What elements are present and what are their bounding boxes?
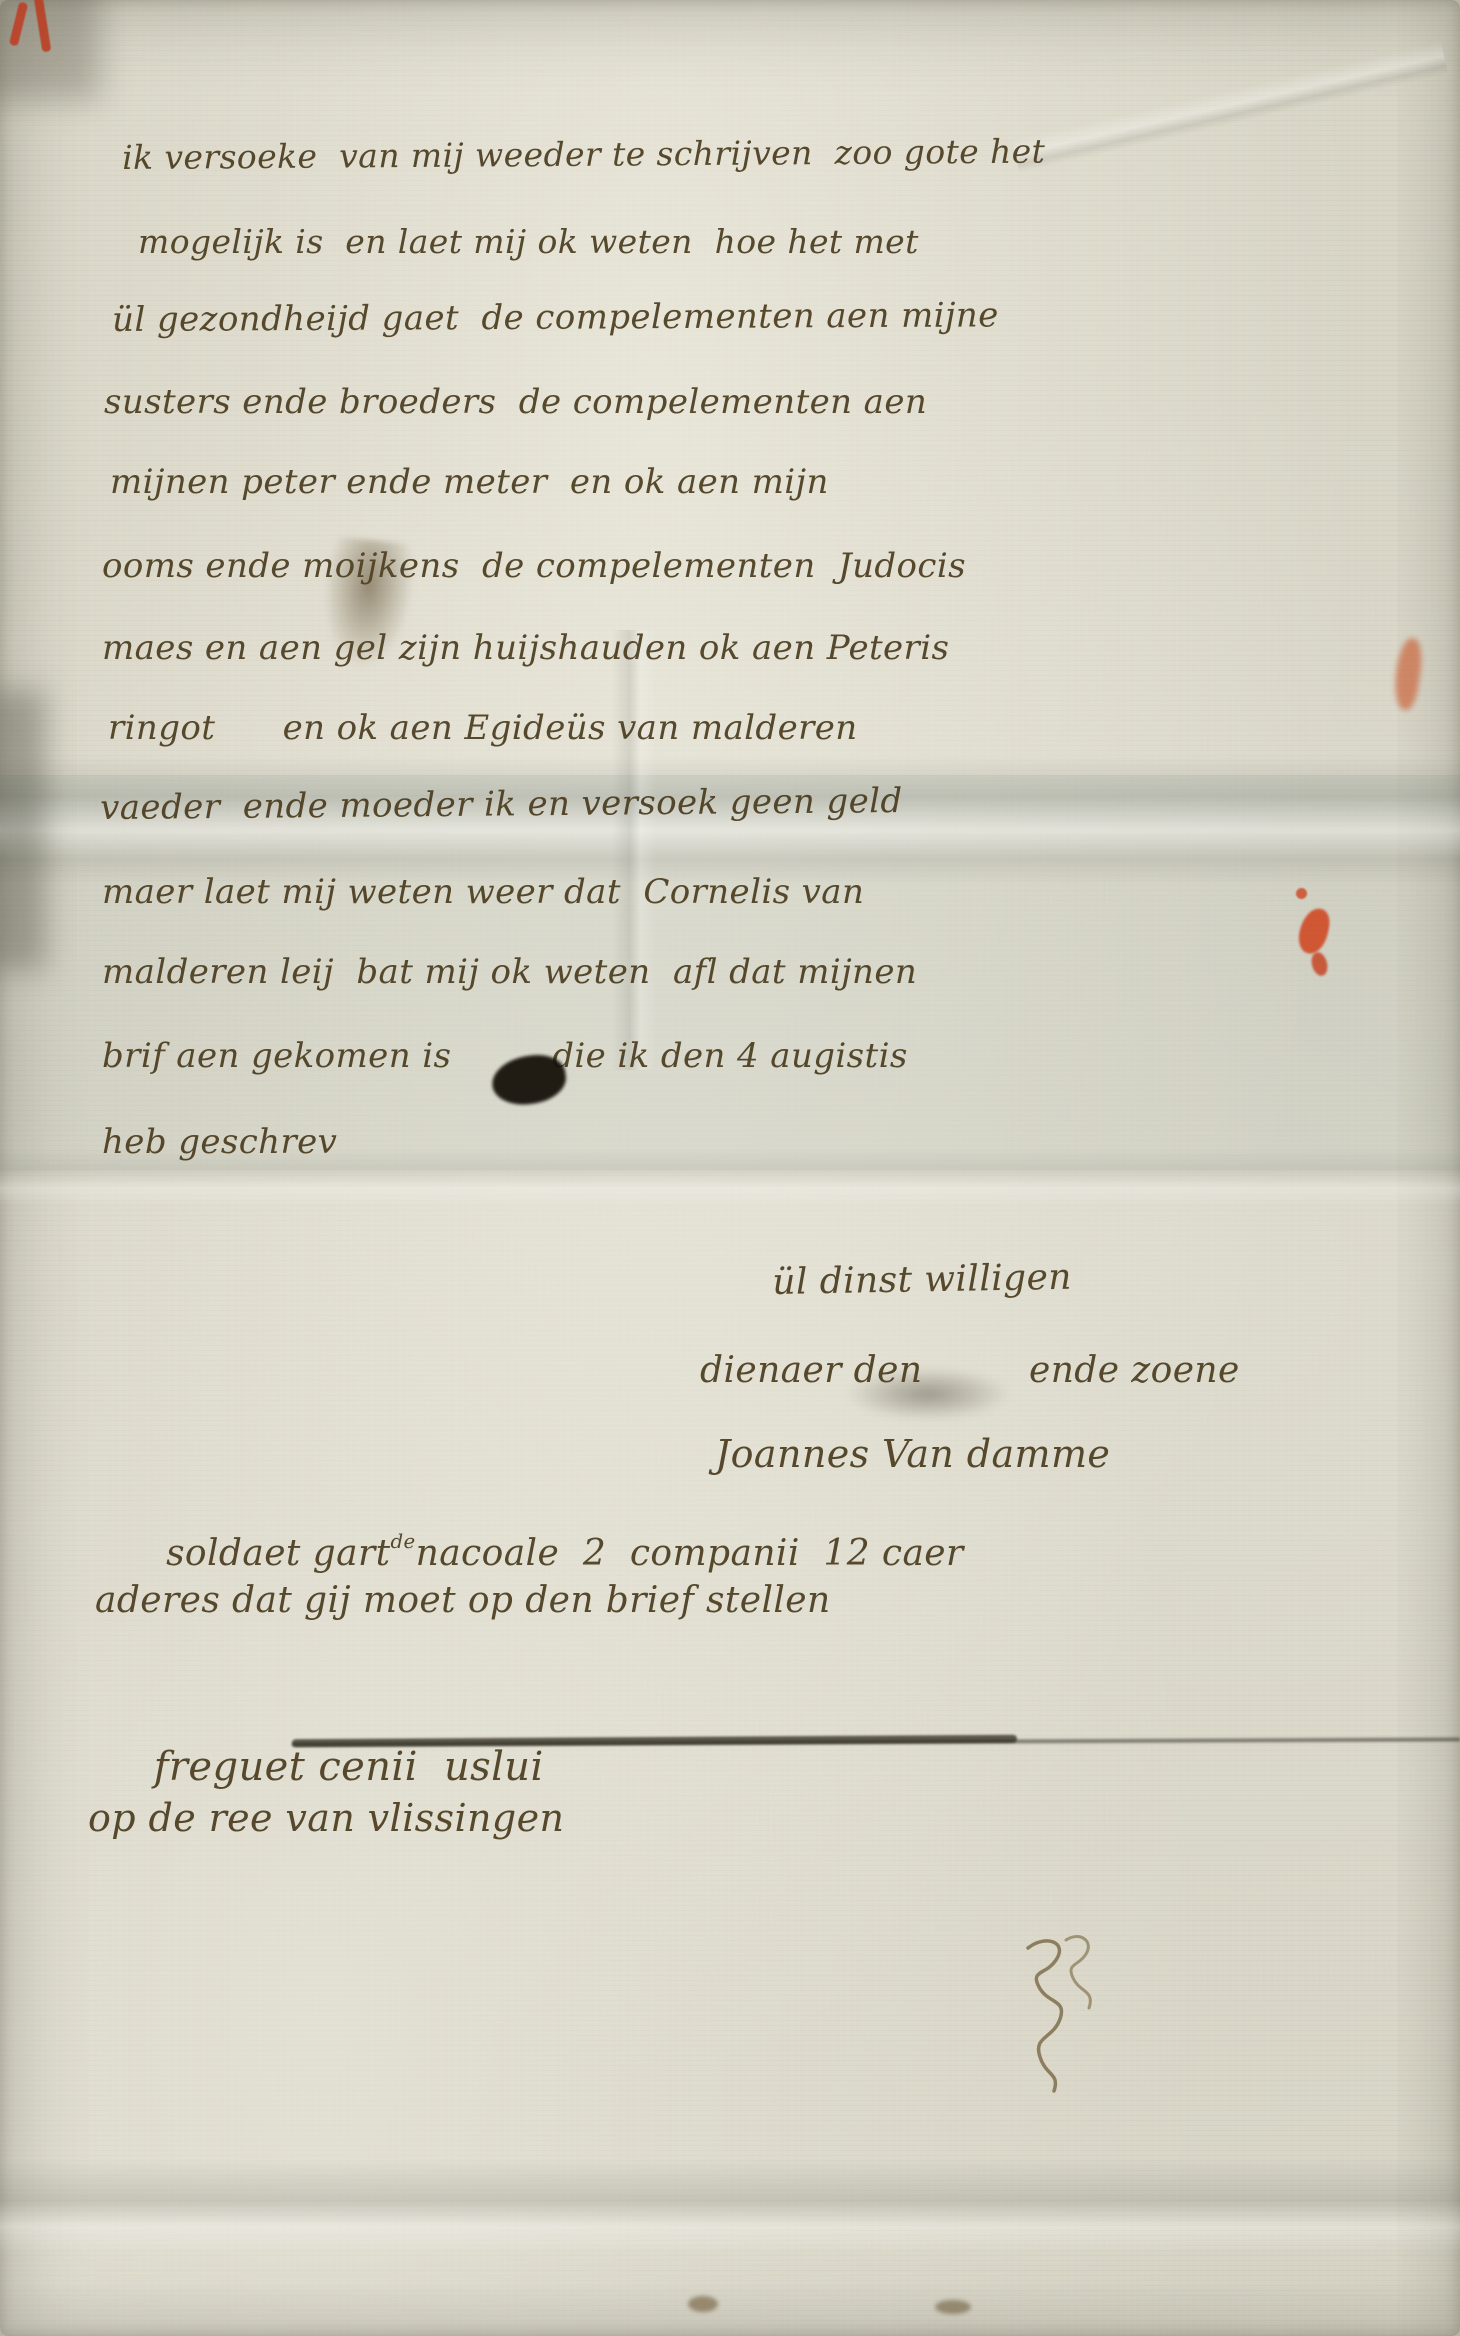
red-wax-trace (1309, 950, 1330, 977)
signature: Joannes Van damme (715, 1432, 1110, 1476)
letter-line: malderen leij bat mij ok weten afl dat m… (102, 952, 917, 992)
soldier-line-part1: soldaet gart (166, 1533, 390, 1574)
paper-sheet: ik versoeke van mij weeder te schrijven … (0, 0, 1460, 2336)
horizontal-fold-crease (0, 2158, 1460, 2253)
ink-spot (688, 2296, 718, 2312)
paper-edge-shadow (0, 690, 46, 970)
closing-line: ül dinst willigen (772, 1257, 1072, 1303)
ship-line-struck-words: cenii uslui (318, 1744, 543, 1790)
soldier-line-part2: nacoale 2 companii 12 caer (416, 1533, 964, 1574)
address-note-line: aderes dat gij moet op den brief stellen (95, 1580, 831, 1621)
diagonal-fold-crease (1012, 41, 1448, 173)
letter-line: mijnen peter ende meter en ok aen mijn (110, 462, 829, 502)
letter-line: maes en aen gel zijn huijshauden ok aen … (102, 628, 949, 668)
letter-line: ik versoeke van mij weeder te schrijven … (122, 132, 1045, 177)
ship-line-prefix: freguet (154, 1744, 319, 1790)
letter-line: heb geschrev (102, 1122, 337, 1162)
letter-line: mogelijk is en laet mij ok weten hoe het… (138, 222, 919, 261)
letter-line: maer laet mij weten weer dat Cornelis va… (102, 872, 864, 912)
letter-line: vaeder ende moeder ik en versoek geen ge… (100, 781, 903, 828)
red-wax-trace (1296, 906, 1333, 957)
vertical-fold-crease (612, 630, 656, 1070)
letter-line: brif aen gekomen is die ik den 4 augisti… (102, 1036, 908, 1076)
letter-line: ooms ende moijkens de compelementen Judo… (102, 546, 966, 586)
letter-photo: ik versoeke van mij weeder te schrijven … (0, 0, 1460, 2336)
red-wax-trace (1296, 888, 1307, 899)
red-ink-smear (1391, 637, 1425, 712)
ink-spot (935, 2300, 971, 2314)
ink-flourish (970, 1930, 1100, 2130)
letter-line: ringot en ok aen Egideüs van malderen (108, 708, 858, 748)
letter-line: ül gezondheijd gaet de compelementen aen… (112, 295, 999, 340)
soldier-line-superscript: de (390, 1530, 415, 1553)
location-line: op de ree van vlissingen (88, 1796, 564, 1840)
letter-line: susters ende broeders de compelementen a… (104, 382, 927, 422)
closing-line: dienaer den ende zoene (700, 1350, 1240, 1391)
paper-corner-shadow (0, 0, 100, 100)
